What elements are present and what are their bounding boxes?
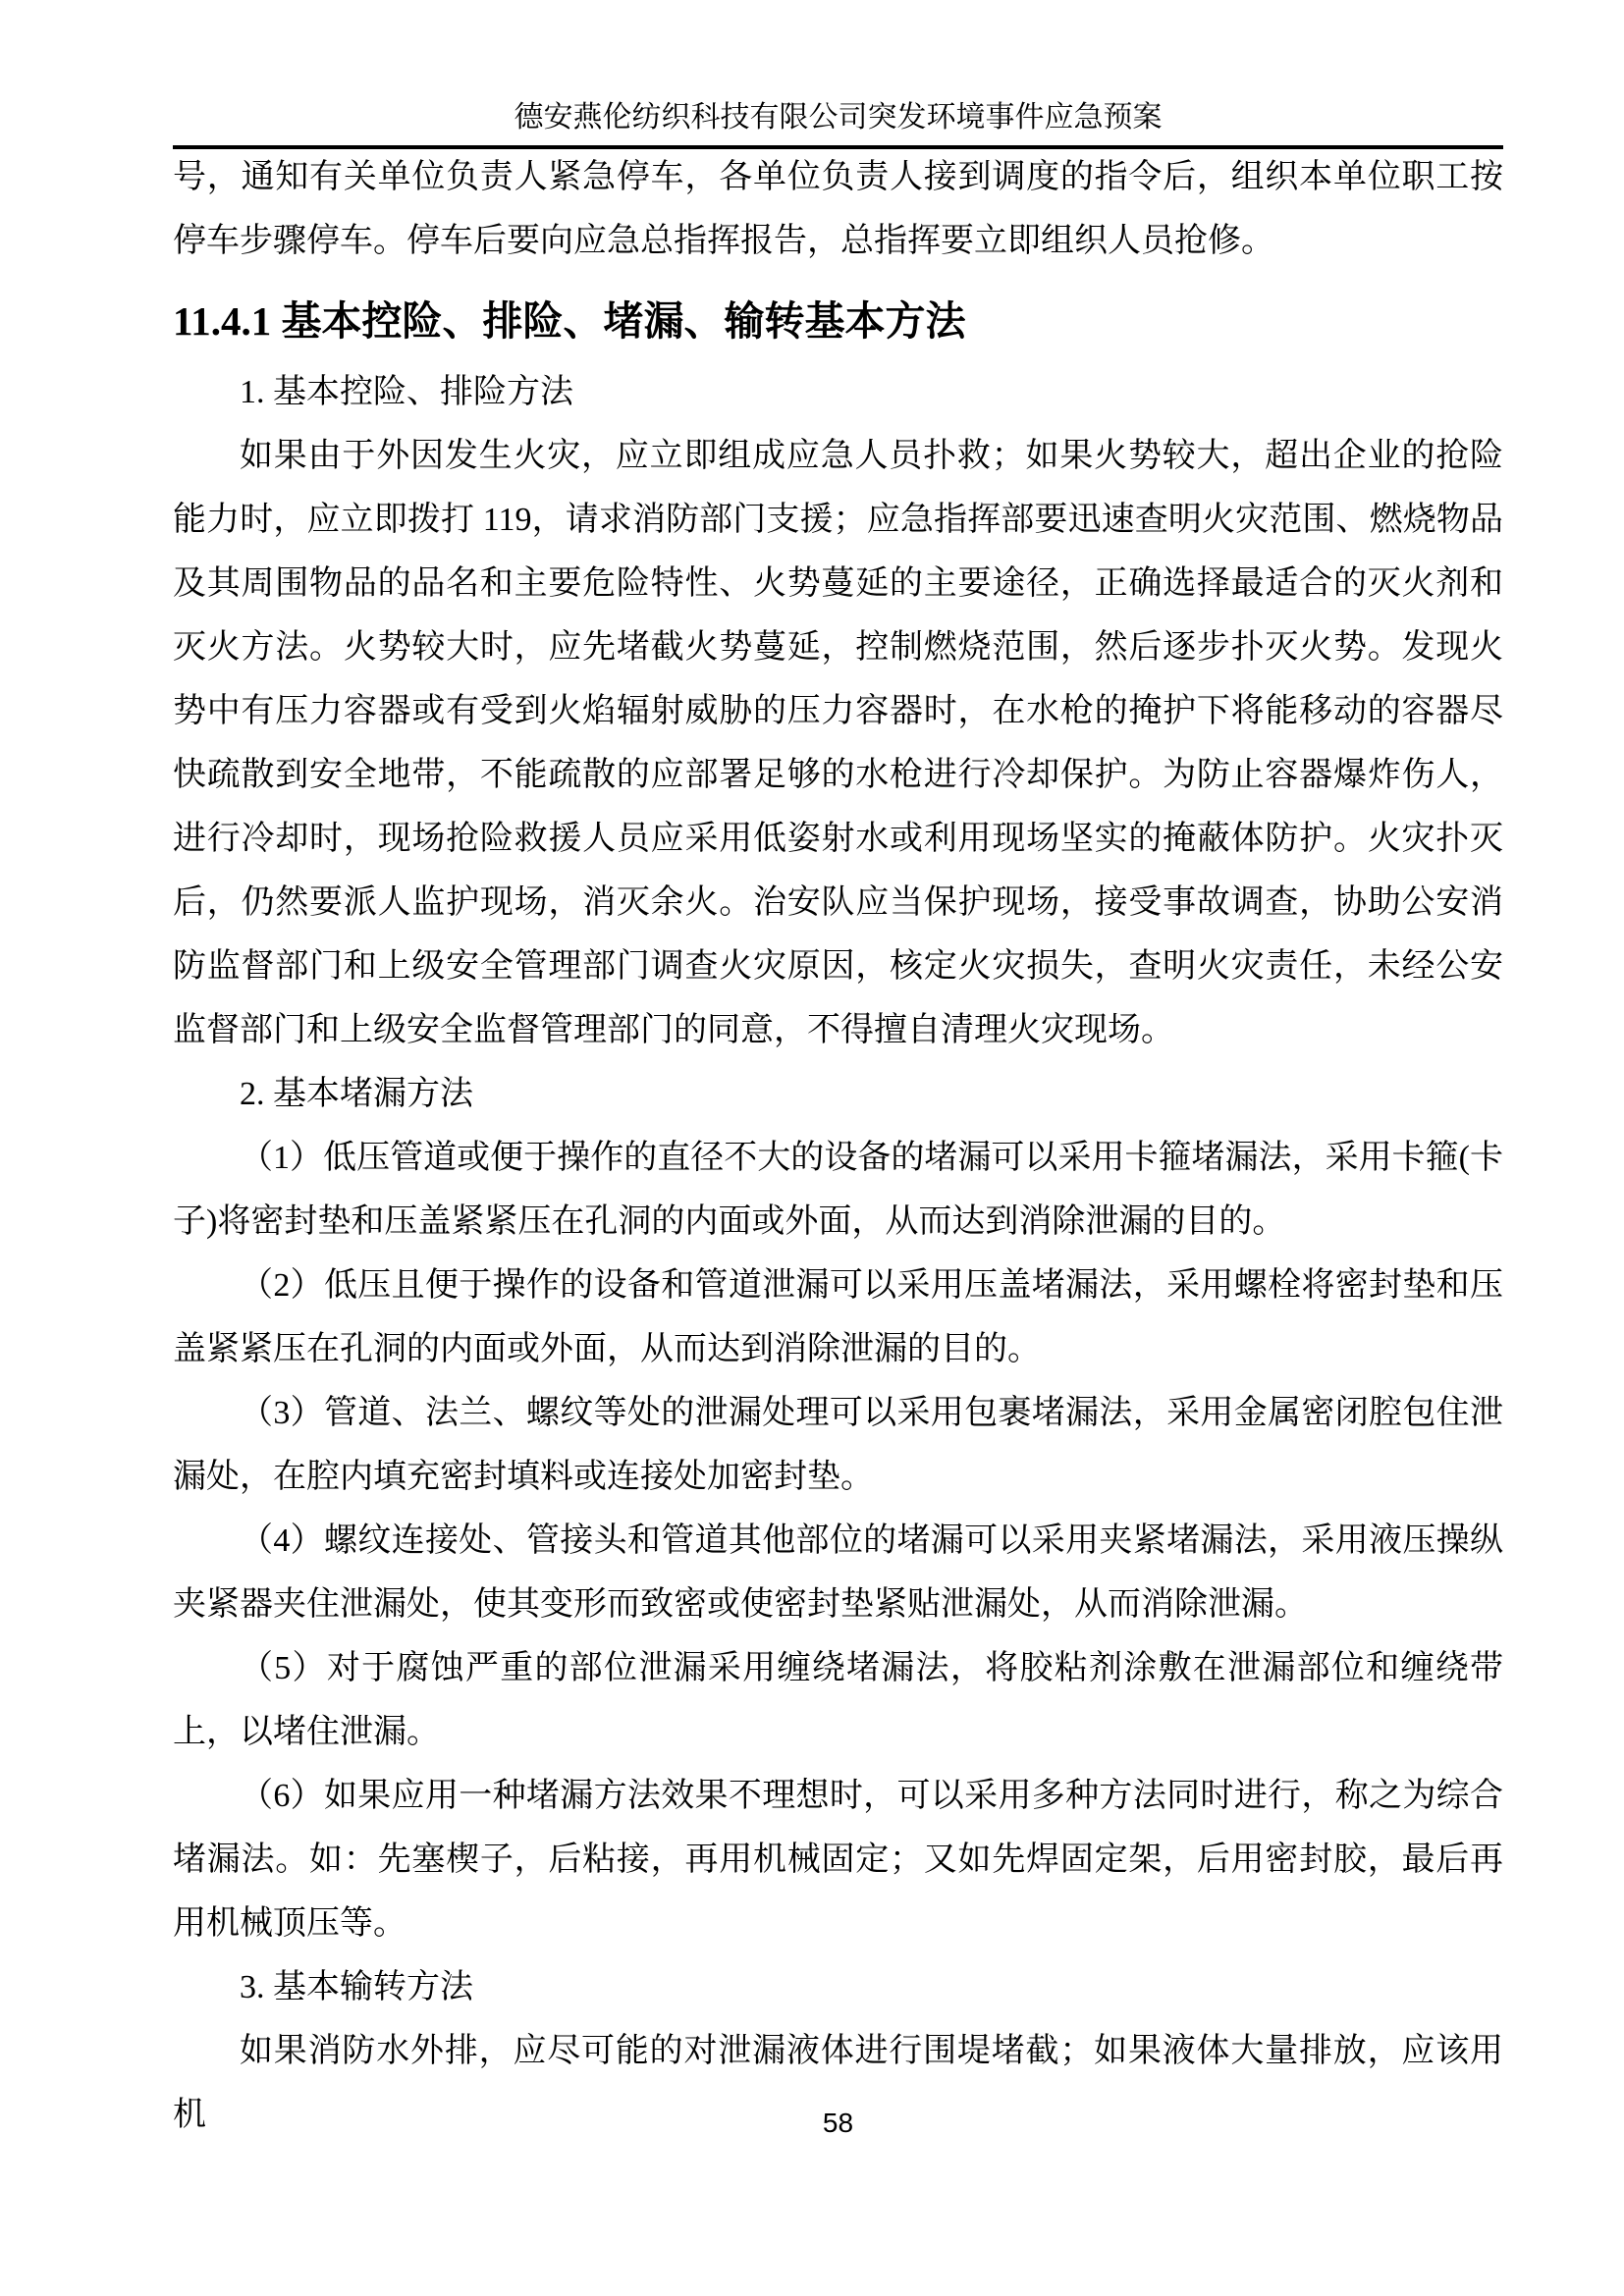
section-heading: 11.4.1 基本控险、排险、堵漏、输转基本方法 — [173, 289, 1503, 353]
paragraph-method-3: （3）管道、法兰、螺纹等处的泄漏处理可以采用包裹堵漏法，采用金属密闭腔包住泄漏处… — [173, 1381, 1503, 1509]
page-number: 58 — [173, 2107, 1503, 2140]
page-header: 德安燕伦纺织科技有限公司突发环境事件应急预案 — [173, 100, 1503, 149]
subsection-title-plugging: 2. 基本堵漏方法 — [173, 1062, 1503, 1126]
subsection-title-transfer: 3. 基本输转方法 — [173, 1955, 1503, 2019]
document-body: 号，通知有关单位负责人紧急停车，各单位负责人接到调度的指令后，组织本单位职工按停… — [173, 145, 1503, 2147]
paragraph-continuation: 号，通知有关单位负责人紧急停车，各单位负责人接到调度的指令后，组织本单位职工按停… — [173, 145, 1503, 273]
header-title: 德安燕伦纺织科技有限公司突发环境事件应急预案 — [514, 101, 1163, 133]
subsection-title-control: 1. 基本控险、排险方法 — [173, 360, 1503, 424]
paragraph-method-2: （2）低压且便于操作的设备和管道泄漏可以采用压盖堵漏法，采用螺栓将密封垫和压盖紧… — [173, 1254, 1503, 1381]
paragraph-method-4: （4）螺纹连接处、管接头和管道其他部位的堵漏可以采用夹紧堵漏法，采用液压操纵夹紧… — [173, 1509, 1503, 1636]
paragraph-method-6: （6）如果应用一种堵漏方法效果不理想时，可以采用多种方法同时进行，称之为综合堵漏… — [173, 1764, 1503, 1955]
paragraph-method-1: （1）低压管道或便于操作的直径不大的设备的堵漏可以采用卡箍堵漏法，采用卡箍(卡子… — [173, 1126, 1503, 1254]
paragraph-fire-control: 如果由于外因发生火灾，应立即组成应急人员扑救；如果火势较大，超出企业的抢险能力时… — [173, 424, 1503, 1062]
document-page: 德安燕伦纺织科技有限公司突发环境事件应急预案 号，通知有关单位负责人紧急停车，各… — [0, 0, 1624, 2296]
paragraph-method-5: （5）对于腐蚀严重的部位泄漏采用缠绕堵漏法，将胶粘剂涂敷在泄漏部位和缠绕带上，以… — [173, 1636, 1503, 1764]
